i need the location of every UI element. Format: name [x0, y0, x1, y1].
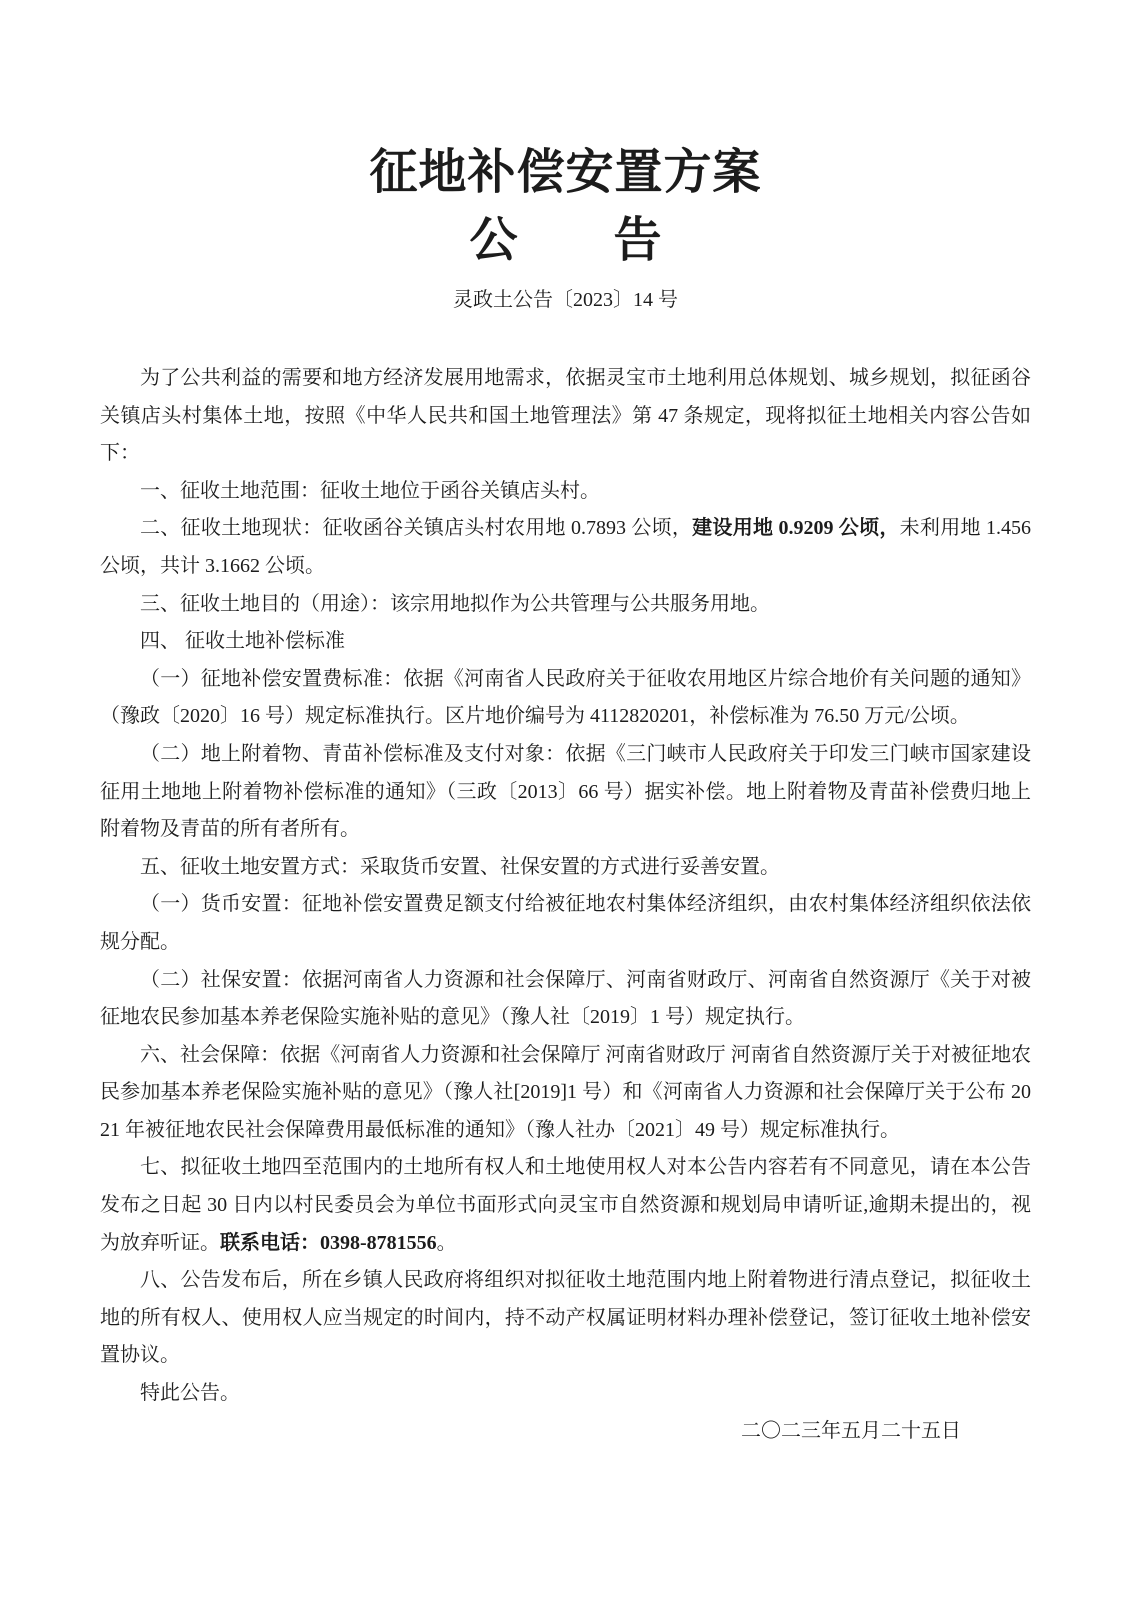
item-4-compensation-standard-heading: 四、 征收土地补偿标准: [100, 623, 1031, 661]
contact-phone: 联系电话：0398-8781556: [220, 1232, 437, 1254]
paragraph-text: 六、社会保障：依据《河南省人力资源和社会保障厅 河南省财政厅 河南省自然资源厅关…: [100, 1044, 1031, 1141]
item-5-resettlement-method: 五、征收土地安置方式：采取货币安置、社保安置的方式进行妥善安置。: [100, 849, 1031, 887]
paragraph-text: 八、公告发布后，所在乡镇人民政府将组织对拟征收土地范围内地上附着物进行清点登记，…: [100, 1269, 1031, 1366]
item-1-land-scope: 一、征收土地范围：征收土地位于函谷关镇店头村。: [100, 473, 1031, 511]
item-7-hearing-rights: 七、拟征收土地四至范围内的土地所有权人和土地使用权人对本公告内容若有不同意见，请…: [100, 1149, 1031, 1262]
paragraph-text: （二）地上附着物、青苗补偿标准及支付对象：依据《三门峡市人民政府关于印发三门峡市…: [100, 743, 1031, 840]
item-5-1-monetary-resettlement: （一）货币安置：征地补偿安置费足额支付给被征地农村集体经济组织，由农村集体经济组…: [100, 886, 1031, 961]
paragraph-text: 。: [437, 1232, 457, 1254]
document-number: 灵政土公告〔2023〕14 号: [100, 286, 1031, 314]
item-6-social-security: 六、社会保障：依据《河南省人力资源和社会保障厅 河南省财政厅 河南省自然资源厅关…: [100, 1037, 1031, 1150]
paragraph-text: （一）征地补偿安置费标准：依据《河南省人民政府关于征收农用地区片综合地价有关问题…: [100, 668, 1031, 728]
paragraph-text: 一、征收土地范围：征收土地位于函谷关镇店头村。: [140, 480, 600, 502]
item-8-registration: 八、公告发布后，所在乡镇人民政府将组织对拟征收土地范围内地上附着物进行清点登记，…: [100, 1262, 1031, 1375]
item-5-2-social-insurance-resettlement: （二）社保安置：依据河南省人力资源和社会保障厅、河南省财政厅、河南省自然资源厅《…: [100, 962, 1031, 1037]
paragraph-text: （一）货币安置：征地补偿安置费足额支付给被征地农村集体经济组织，由农村集体经济组…: [100, 893, 1031, 953]
announcement-document-page: 征地补偿安置方案 公 告 灵政土公告〔2023〕14 号 为了公共利益的需要和地…: [0, 0, 1131, 1600]
item-4-2-attachments-compensation: （二）地上附着物、青苗补偿标准及支付对象：依据《三门峡市人民政府关于印发三门峡市…: [100, 736, 1031, 849]
paragraph-text: 二、征收土地现状：征收函谷关镇店头村农用地 0.7893 公顷，: [140, 517, 692, 539]
paragraph-text: 四、 征收土地补偿标准: [140, 630, 345, 652]
paragraph-text: 为了公共利益的需要和地方经济发展用地需求，依据灵宝市土地利用总体规划、城乡规划，…: [100, 367, 1031, 464]
paragraph-intro: 为了公共利益的需要和地方经济发展用地需求，依据灵宝市土地利用总体规划、城乡规划，…: [100, 360, 1031, 473]
document-title: 征地补偿安置方案: [100, 142, 1031, 204]
item-4-1-resettlement-fee-standard: （一）征地补偿安置费标准：依据《河南省人民政府关于征收农用地区片综合地价有关问题…: [100, 661, 1031, 736]
paragraph-text: 三、征收土地目的（用途）：该宗用地拟作为公共管理与公共服务用地。: [140, 593, 770, 615]
date-text: 二〇二三年五月二十五日: [741, 1420, 961, 1442]
paragraph-text: 五、征收土地安置方式：采取货币安置、社保安置的方式进行妥善安置。: [140, 856, 780, 878]
closing-statement: 特此公告。: [100, 1375, 1031, 1413]
item-2-land-status: 二、征收土地现状：征收函谷关镇店头村农用地 0.7893 公顷，建设用地 0.9…: [100, 510, 1031, 585]
document-body: 为了公共利益的需要和地方经济发展用地需求，依据灵宝市土地利用总体规划、城乡规划，…: [100, 360, 1031, 1450]
item-3-land-purpose: 三、征收土地目的（用途）：该宗用地拟作为公共管理与公共服务用地。: [100, 586, 1031, 624]
issue-date: 二〇二三年五月二十五日: [100, 1413, 1031, 1451]
paragraph-text: （二）社保安置：依据河南省人力资源和社会保障厅、河南省财政厅、河南省自然资源厅《…: [100, 969, 1031, 1029]
paragraph-text-bold: 建设用地 0.9209 公顷，: [692, 517, 899, 539]
paragraph-text: 特此公告。: [140, 1382, 240, 1404]
document-subtitle: 公 告: [100, 210, 1031, 272]
